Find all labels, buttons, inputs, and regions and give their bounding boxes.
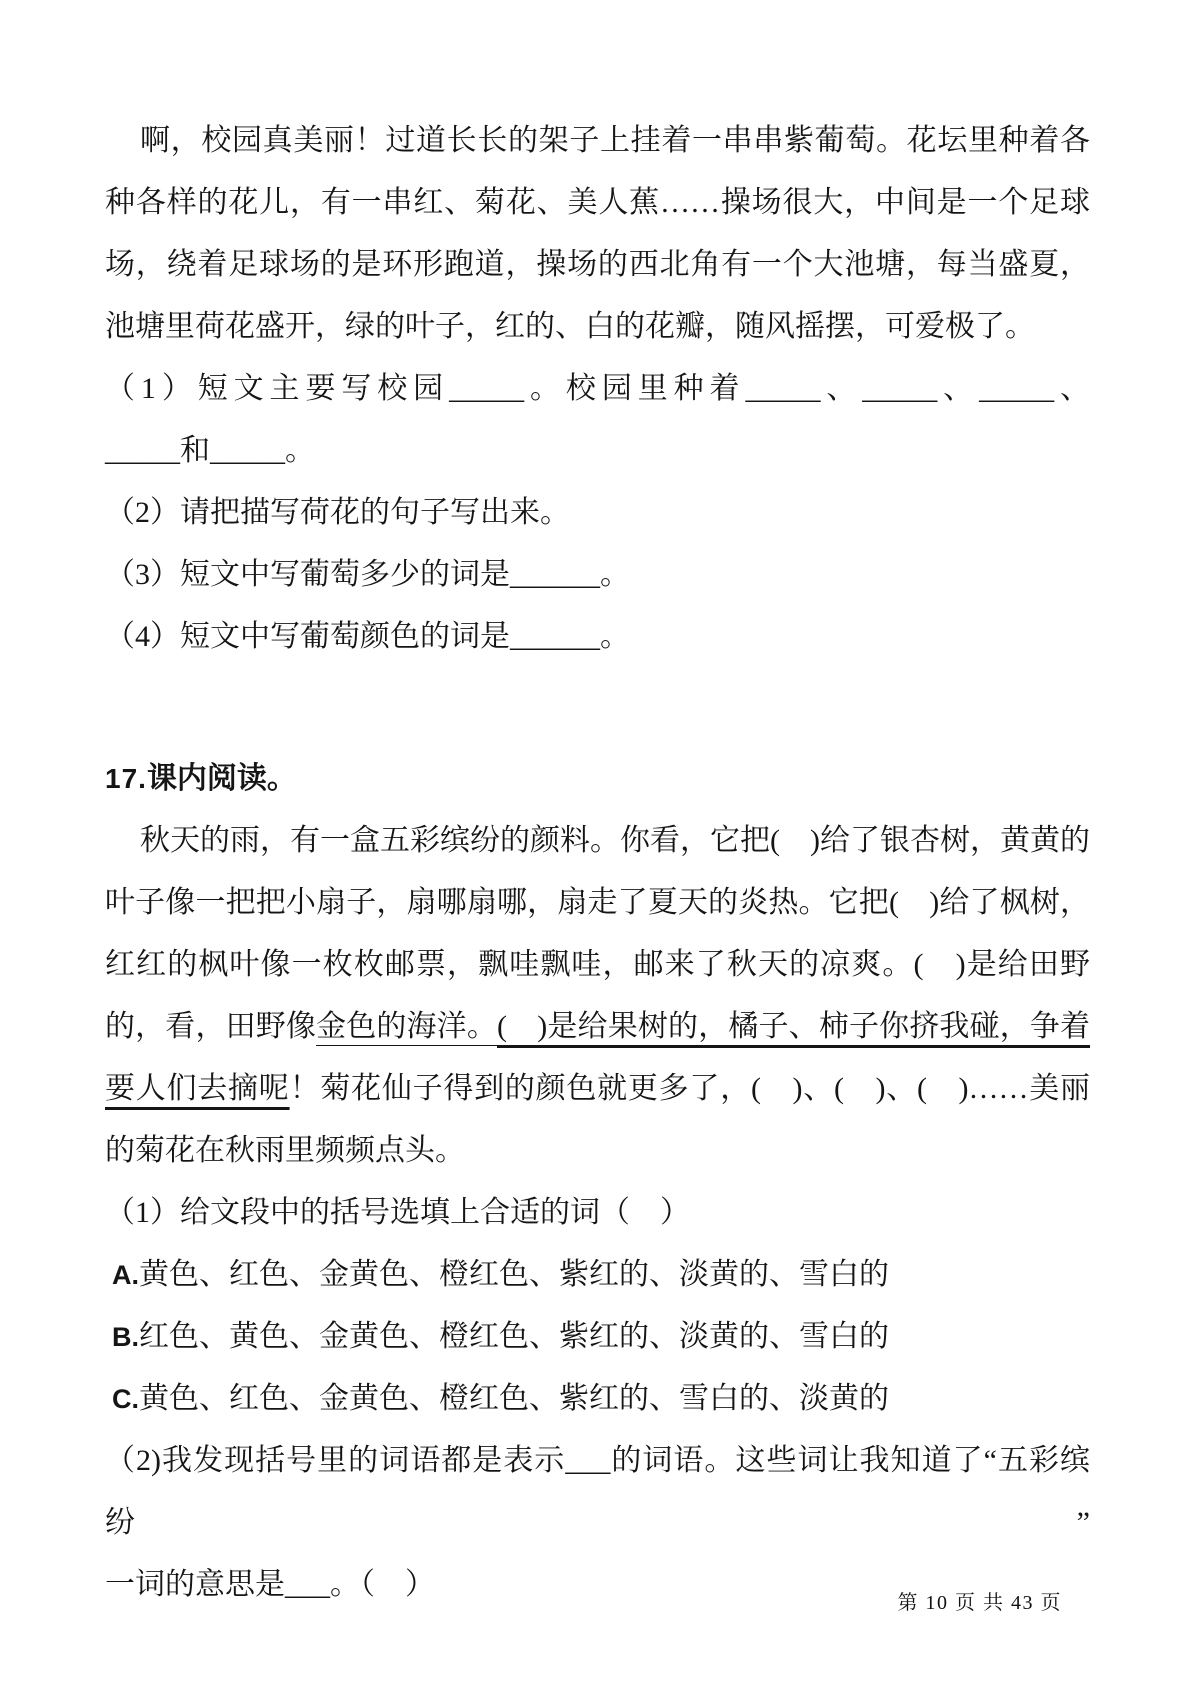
question-4: （4）短文中写葡萄颜色的词是______。 [105,606,1090,668]
option-b-label: B. [112,1322,139,1352]
passage-autumn-rain: 秋天的雨，有一盒五彩缤纷的颜料。你看，它把( )给了银杏树，黄黄的叶子像一把把小… [105,810,1090,1182]
option-c-label: C. [112,1384,139,1414]
passage-campus: 啊，校园真美丽！过道长长的架子上挂着一串串紫葡萄。花坛里种着各种各样的花儿，有一… [105,110,1090,358]
page-footer: 第 10 页 共 43 页 [898,1590,1063,1616]
question-2: （2）请把描写荷花的句子写出来。 [105,482,1090,544]
option-a-text: 黄色、红色、金黄色、橙红色、紫红的、淡黄的、雪白的 [139,1258,889,1291]
option-a: A.黄色、红色、金黄色、橙红色、紫红的、淡黄的、雪白的 [105,1244,1090,1306]
question-3: （3）短文中写葡萄多少的词是______。 [105,544,1090,606]
worksheet-page: { "page": { "footer_text": "第 10 页 共 43 … [0,0,1190,1683]
option-b: B.红色、黄色、金黄色、橙红色、紫红的、淡黄的、雪白的 [105,1306,1090,1368]
question-17-2-line-1: （2)我发现括号里的词语都是表示___的词语。这些词让我知道了“五彩缤纷” [105,1430,1090,1554]
question-17-title: 课内阅读。 [147,762,297,795]
worksheet-content: 啊，校园真美丽！过道长长的架子上挂着一串串紫葡萄。花坛里种着各种各样的花儿，有一… [105,110,1090,1616]
question-1-line-2: _____和_____。 [105,420,1090,482]
question-1-line-1: （1）短文主要写校园_____。校园里种着_____、_____、_____、 [105,358,1090,420]
question-17-1: （1）给文段中的括号选填上合适的词（ ） [105,1182,1090,1244]
passage-segment-underlined-thin: 金色的海洋。 [316,1010,497,1043]
option-c-text: 黄色、红色、金黄色、橙红色、紫红的、雪白的、淡黄的 [139,1382,889,1415]
question-17-number: 17. [105,763,147,794]
option-b-text: 红色、黄色、金黄色、橙红色、紫红的、淡黄的、雪白的 [139,1320,889,1353]
question-17-heading: 17.课内阅读。 [105,748,1090,810]
option-a-label: A. [112,1260,139,1290]
option-c: C.黄色、红色、金黄色、橙红色、紫红的、雪白的、淡黄的 [105,1368,1090,1430]
